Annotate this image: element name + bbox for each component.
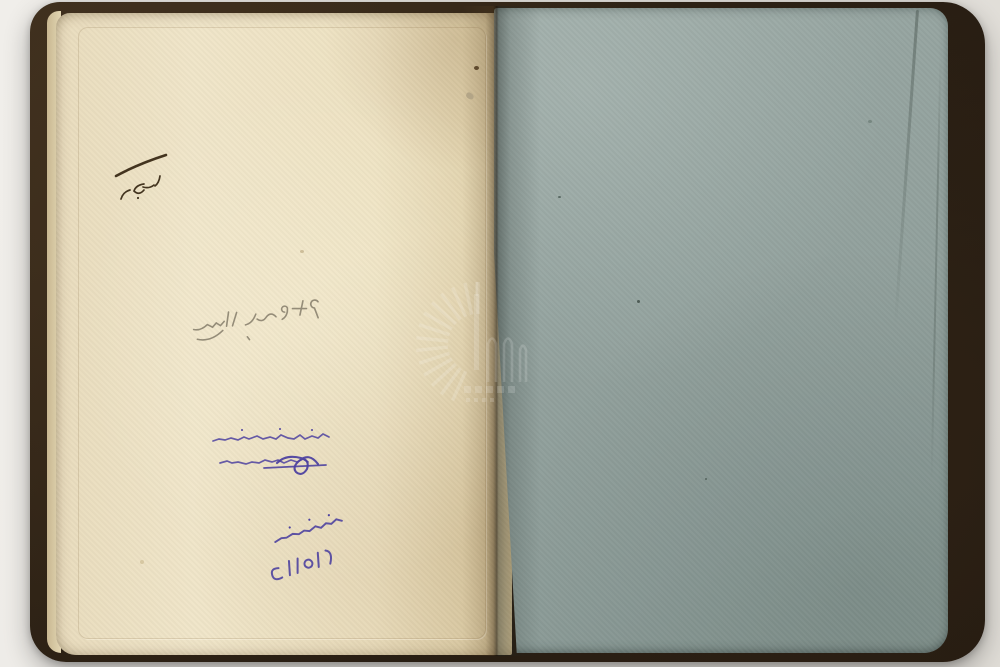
right-endpaper-page	[494, 8, 948, 653]
photo-stage	[0, 0, 1000, 667]
left-flyleaf-page	[56, 13, 512, 655]
paper-texture	[494, 8, 948, 653]
paper-texture	[56, 13, 512, 655]
